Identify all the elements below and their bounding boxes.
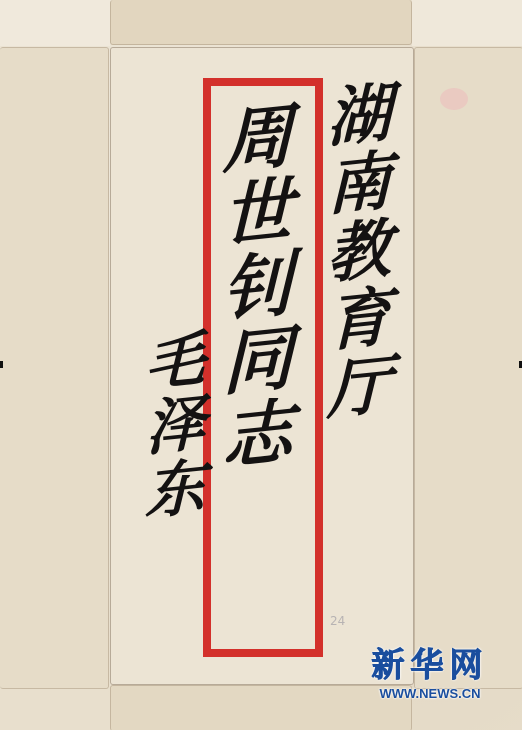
sender-signature-calligraphy: 毛泽东 xyxy=(140,327,200,525)
envelope-top-flap xyxy=(110,0,412,45)
pencil-note: 24 xyxy=(330,614,345,628)
top-right-corner xyxy=(412,0,522,46)
left-edge-mark xyxy=(0,361,3,368)
xinhua-logo-url: WWW.NEWS.CN xyxy=(366,686,494,701)
envelope-right-flap xyxy=(414,47,522,689)
recipient-name-calligraphy: 周世钊同志 xyxy=(212,98,292,476)
top-left-corner xyxy=(0,0,110,46)
recipient-address-calligraphy: 湖南教育厅 xyxy=(318,78,388,425)
xinhua-watermark-logo: 新华网 WWW.NEWS.CN xyxy=(366,646,494,701)
xinhua-logo-text: 新华网 xyxy=(366,646,494,684)
envelope-left-flap xyxy=(0,47,109,689)
pink-stain xyxy=(440,88,468,110)
